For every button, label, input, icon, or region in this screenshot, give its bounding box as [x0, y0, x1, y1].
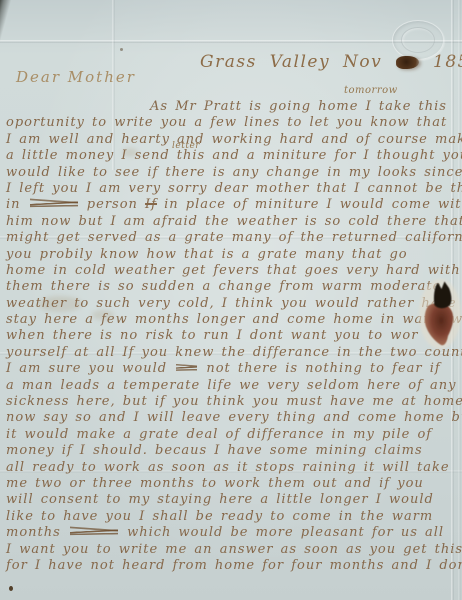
text-segment: money if I should. becaus I have some mi…	[6, 443, 423, 458]
letter-line: home in cold weather get fevers that goe…	[6, 263, 462, 279]
text-segment: would like to see if there is any change…	[6, 165, 462, 180]
letter-line: yourself at all If you knew the differan…	[6, 345, 462, 361]
letter-line: him now but I am afraid the weather is s…	[6, 214, 462, 230]
text-segment: all ready to work as soon as it stops ra…	[6, 460, 450, 475]
letter-line: stay here a few months longer and come h…	[6, 312, 462, 328]
text-segment: I am sure you would	[6, 361, 174, 376]
interline-insertion-tomorrow: tomorrow	[344, 85, 398, 96]
text-segment: me two or three months to work them out …	[6, 476, 424, 491]
letter-line: weather to such very cold, I think you w…	[6, 296, 462, 312]
letter-line: like to have you I shall be ready to com…	[6, 509, 462, 525]
letter-line: all ready to work as soon as it stops ra…	[6, 460, 462, 476]
ink-speck	[9, 586, 13, 591]
letter-line: I am well and hearty and working hard an…	[6, 132, 462, 148]
text-segment: in	[6, 197, 28, 212]
text-segment: for I have not heard from home for four …	[6, 558, 462, 573]
text-segment: not there is nothing to fear if	[199, 361, 441, 376]
text-segment: like to have you I shall be ready to com…	[6, 509, 433, 524]
text-segment: 1852	[420, 52, 462, 72]
letter-line: sickness here, but if you think you must…	[6, 394, 462, 410]
letter-salutation: Dear Mother	[16, 68, 136, 86]
letter-line: would like to see if there is any change…	[6, 165, 462, 181]
letter-line: oportunity to write you a few lines to l…	[6, 115, 462, 131]
text-segment: which would be more pleasant for us all	[120, 525, 444, 540]
letter-line: me two or three months to work them out …	[6, 476, 462, 492]
ink-speck	[120, 48, 123, 51]
letter-line: it would make a grate deal of differance…	[6, 427, 462, 443]
text-segment: weather to such very cold, I think you w…	[6, 296, 462, 311]
embossed-seal-inner	[401, 27, 435, 53]
letter-dateline: Grass Valley Nov 1852	[200, 52, 462, 72]
letter-line: when there is no risk to run I dont want…	[6, 328, 462, 344]
text-segment: oportunity to write you a few lines to l…	[6, 115, 447, 130]
text-segment: stay here a few months longer and come h…	[6, 312, 462, 327]
text-segment: them there is so sudden a change from wa…	[6, 279, 441, 294]
text-segment: might get served as a grate many of the …	[6, 230, 462, 245]
paper-tear-hole-icon	[416, 276, 462, 354]
text-segment: you probily know how that is a grate man…	[6, 247, 408, 262]
letter-line: will consent to my staying here a little…	[6, 492, 462, 508]
text-segment: I want you to write me an answer as soon…	[6, 542, 462, 557]
struck-word: If	[145, 197, 157, 212]
text-segment: in place of miniture I would come with	[157, 197, 462, 212]
letter-scan: Grass Valley Nov 1852 Dear Mother tomorr…	[0, 0, 462, 600]
text-segment: As Mr Pratt is going home I take this	[150, 99, 447, 114]
scribbled-out-word	[70, 526, 118, 538]
text-segment: now say so and I will leave every thing …	[6, 410, 462, 425]
text-segment: when there is no risk to run I dont want…	[6, 328, 418, 343]
scribbled-out-word	[30, 198, 78, 210]
letter-line: money if I should. becaus I have some mi…	[6, 443, 462, 459]
letter-line: now say so and I will leave every thing …	[6, 410, 462, 426]
text-segment: him now but I am afraid the weather is s…	[6, 214, 462, 229]
text-segment: I am well and hearty and working hard an…	[6, 132, 462, 147]
text-segment: a little money I send this and a minitur…	[6, 148, 462, 163]
letter-line: months which would be more pleasant for …	[6, 525, 462, 541]
letter-line: for I have not heard from home for four …	[6, 558, 462, 574]
letter-line: a man leads a temperate life we very sel…	[6, 378, 462, 394]
text-segment: yourself at all If you knew the differan…	[6, 345, 462, 360]
letter-line: you probily know how that is a grate man…	[6, 247, 462, 263]
letter-line: I am sure you would not there is nothing…	[6, 361, 462, 377]
letter-line: a little money I send this and a minitur…	[6, 148, 462, 164]
text-segment: a man leads a temperate life we very sel…	[6, 378, 456, 393]
text-segment: months	[6, 525, 68, 540]
text-segment: it would make a grate deal of differance…	[6, 427, 432, 442]
ink-blot	[396, 56, 419, 69]
scribbled-out-word	[176, 362, 197, 374]
letter-line: them there is so sudden a change from wa…	[6, 279, 462, 295]
letter-line: I left you I am very sorry dear mother t…	[6, 181, 462, 197]
text-segment: person	[80, 197, 145, 212]
letter-line: in person If in place of miniture I woul…	[6, 197, 462, 213]
text-segment: Grass Valley Nov	[200, 52, 395, 72]
text-segment: home in cold weather get fevers that goe…	[6, 263, 461, 278]
letter-line: I want you to write me an answer as soon…	[6, 542, 462, 558]
text-segment: sickness here, but if you think you must…	[6, 394, 462, 409]
text-segment: will consent to my staying here a little…	[6, 492, 434, 507]
letter-line: As Mr Pratt is going home I take this	[6, 99, 462, 115]
paper-corner-shadow	[0, 0, 14, 92]
letter-line: might get served as a grate many of the …	[6, 230, 462, 246]
letter-body: As Mr Pratt is going home I take thisopo…	[6, 99, 462, 574]
text-segment: I left you I am very sorry dear mother t…	[6, 181, 462, 196]
